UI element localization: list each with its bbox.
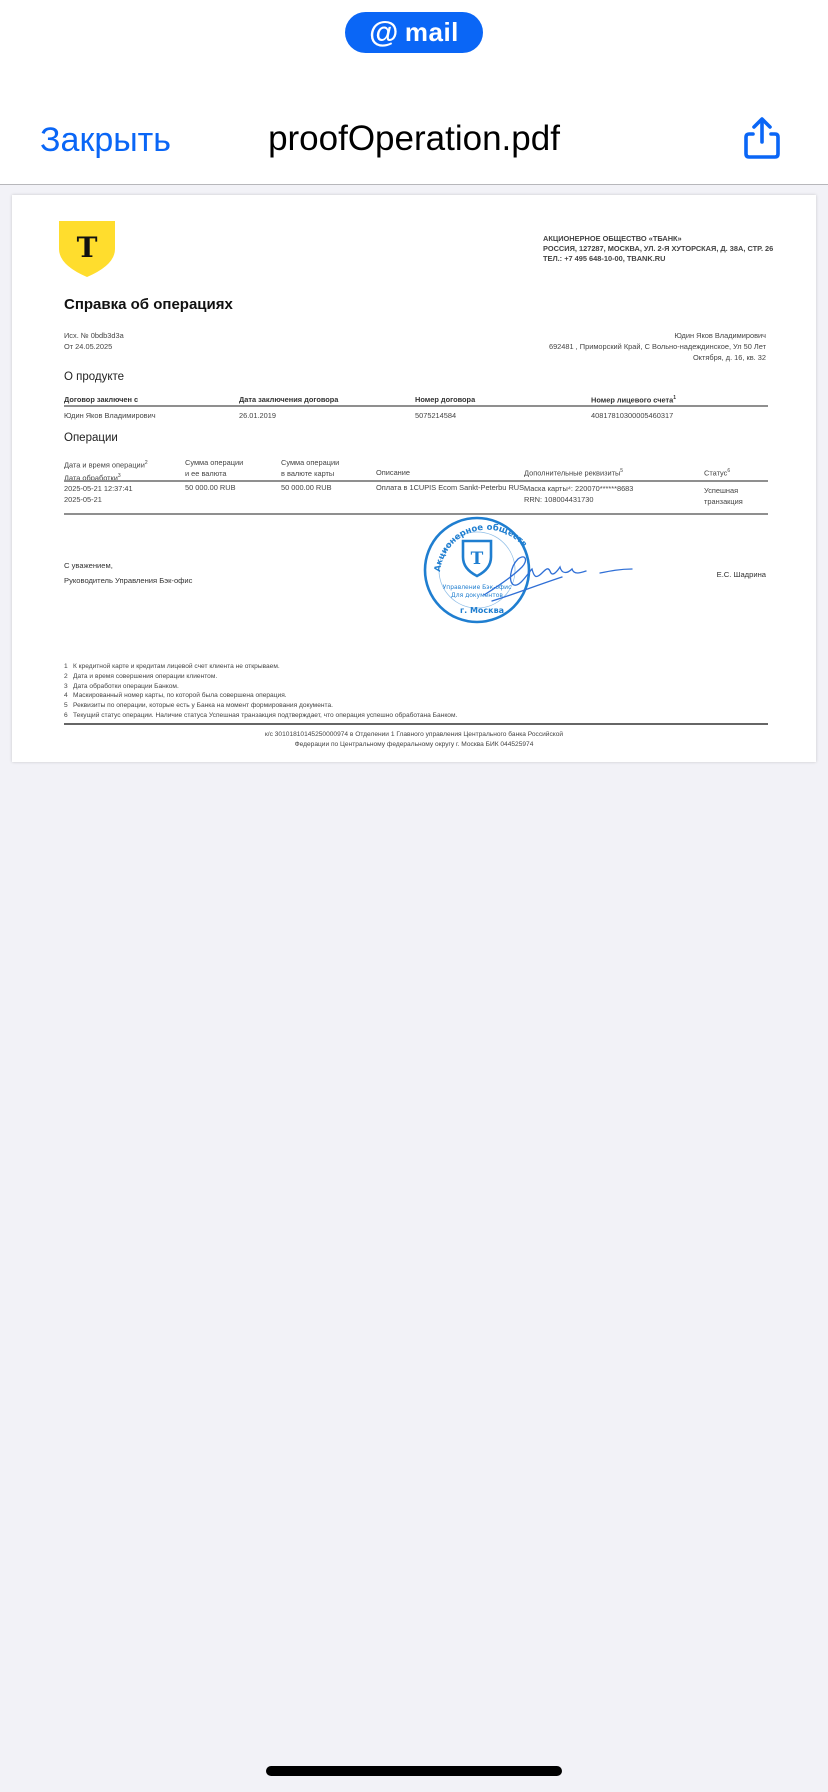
ops-cell-datetime: 2025-05-21 12:37:41 2025-05-21	[64, 483, 133, 505]
footnote-number: 3	[64, 682, 73, 692]
header-line: Сумма операции	[281, 458, 339, 469]
product-cell-account: 40817810300005460317	[591, 411, 673, 420]
product-cell-client: Юдин Яков Владимирович	[64, 411, 156, 420]
product-section-heading: О продукте	[64, 371, 124, 383]
document-heading: Справка об операциях	[64, 296, 233, 313]
footnote-item: 1К кредитной карте и кредитам лицевой сч…	[64, 662, 457, 672]
card-mask: Маска карты⁴: 220070******8683	[524, 483, 633, 494]
footnote-text: Маскированный номер карты, по которой бы…	[73, 692, 287, 699]
header-line: Дата и время операции2	[64, 458, 148, 471]
ops-cell-amount: 50 000.00 RUB	[185, 483, 236, 492]
bank-details-line-2: Федерации по Центральному федеральному о…	[12, 740, 816, 750]
document-content: Т АКЦИОНЕРНОЕ ОБЩЕСТВО «ТБАНК» РОССИЯ, 1…	[12, 195, 816, 762]
footnote-item: 6Текущий статус операции. Наличие статус…	[64, 711, 457, 721]
ops-cell-status: Успешная транзакция	[704, 485, 743, 507]
company-info: АКЦИОНЕРНОЕ ОБЩЕСТВО «ТБАНК» РОССИЯ, 127…	[543, 234, 773, 264]
header-text: Дополнительные реквизиты	[524, 468, 620, 477]
header-line: Дата обработки3	[64, 471, 148, 484]
operations-section-heading: Операции	[64, 432, 118, 444]
header-line: и ее валюта	[185, 469, 243, 480]
product-header-contract-with: Договор заключен с	[64, 395, 138, 404]
home-indicator[interactable]	[266, 1766, 562, 1776]
share-button[interactable]	[738, 112, 786, 164]
company-address: РОССИЯ, 127287, МОСКВА, УЛ. 2-Я ХУТОРСКА…	[543, 244, 773, 254]
reference-date: От 24.05.2025	[64, 341, 124, 352]
bank-details: к/с 30101810145250000974 в Отделении 1 Г…	[12, 730, 816, 750]
ops-header-amount: Сумма операции и ее валюта	[185, 458, 243, 479]
stamp-inner-line-2: Для документов	[451, 592, 503, 599]
stamp-inner-line-1: Управление Бэк-офис	[443, 584, 512, 591]
top-bar: @ mail Закрыть proofOperation.pdf	[0, 0, 828, 185]
signer-position: Руководитель Управления Бэк-офис	[64, 573, 192, 588]
footer-rule	[64, 723, 768, 725]
footnote-number: 6	[64, 711, 73, 721]
mail-label: mail	[405, 17, 459, 48]
footnote-text: Дата и время совершения операции клиенто…	[73, 673, 217, 680]
company-name: АКЦИОНЕРНОЕ ОБЩЕСТВО «ТБАНК»	[543, 234, 773, 244]
closing-regards: С уважением,	[64, 558, 192, 573]
recipient-address-2: Октября, д. 16, кв. 32	[549, 352, 766, 363]
stamp-icon: T Акционерное общество «ТБанк» Управлени…	[422, 515, 642, 625]
mail-app-badge[interactable]: @ mail	[345, 12, 483, 53]
footnote-number: 1	[64, 662, 73, 672]
status-line: Успешная	[704, 485, 743, 496]
logo-letter: Т	[77, 231, 98, 264]
footnote-number: 5	[64, 701, 73, 711]
signer-name: Е.С. Шадрина	[717, 570, 766, 579]
footnote-number: 4	[64, 691, 73, 701]
header-text: Дата и время операции	[64, 460, 145, 469]
svg-text:T: T	[471, 549, 484, 569]
footnote-ref: 1	[673, 395, 676, 401]
footnote-item: 2Дата и время совершения операции клиент…	[64, 672, 457, 682]
footnote-ref: 5	[620, 468, 623, 474]
bank-details-line-1: к/с 30101810145250000974 в Отделении 1 Г…	[12, 730, 816, 740]
footnote-item: 3Дата обработки операции Банком.	[64, 682, 457, 692]
share-icon	[738, 112, 786, 164]
at-icon: @	[369, 18, 399, 48]
recipient-address-1: 692481 , Приморский Край, С Вольно-надеж…	[549, 341, 766, 352]
processing-date: 2025-05-21	[64, 494, 133, 505]
ops-header-description: Описание	[376, 468, 410, 477]
footnote-ref: 6	[727, 468, 730, 474]
recipient-name: Юдин Яков Владимирович	[549, 330, 766, 341]
stamp-city: г. Москва	[460, 606, 504, 615]
tbank-logo-icon: Т	[59, 221, 115, 277]
header-text: Номер лицевого счета	[591, 395, 673, 404]
reference-number: Исх. № 0bdb3d3a	[64, 330, 124, 341]
footnote-ref: 3	[118, 473, 121, 479]
product-header-rule	[64, 405, 768, 407]
product-header-account-number: Номер лицевого счета1	[591, 395, 676, 404]
pdf-page[interactable]: Т АКЦИОНЕРНОЕ ОБЩЕСТВО «ТБАНК» РОССИЯ, 1…	[12, 195, 816, 762]
footnote-item: 5Реквизиты по операции, которые есть у Б…	[64, 701, 457, 711]
company-contacts: ТЕЛ.: +7 495 648-10-00, TBANK.RU	[543, 254, 773, 264]
footnote-text: Дата обработки операции Банком.	[73, 683, 179, 690]
product-cell-date: 26.01.2019	[239, 411, 276, 420]
footnote-number: 2	[64, 672, 73, 682]
ops-cell-description: Оплата в 1CUPIS Ecom Sankt-Peterbu RUS	[376, 483, 524, 492]
header-line: Сумма операции	[185, 458, 243, 469]
ops-cell-extra: Маска карты⁴: 220070******8683 RRN: 1080…	[524, 483, 633, 505]
closing-block: С уважением, Руководитель Управления Бэк…	[64, 558, 192, 588]
product-cell-contract: 5075214584	[415, 411, 456, 420]
status-line: транзакция	[704, 496, 743, 507]
document-title: proofOperation.pdf	[0, 116, 828, 162]
footnotes-list: 1К кредитной карте и кредитам лицевой сч…	[64, 662, 457, 721]
ops-bottom-rule	[64, 513, 768, 515]
ops-header-rule	[64, 480, 768, 482]
recipient-block: Юдин Яков Владимирович 692481 , Приморск…	[549, 330, 766, 363]
footnote-text: Реквизиты по операции, которые есть у Ба…	[73, 702, 333, 709]
header-line: в валюте карты	[281, 469, 339, 480]
product-header-contract-date: Дата заключения договора	[239, 395, 338, 404]
reference-block: Исх. № 0bdb3d3a От 24.05.2025	[64, 330, 124, 352]
footnote-item: 4Маскированный номер карты, по которой б…	[64, 691, 457, 701]
ops-header-extra: Дополнительные реквизиты5	[524, 468, 623, 477]
product-header-contract-number: Номер договора	[415, 395, 475, 404]
footnote-text: К кредитной карте и кредитам лицевой сче…	[73, 663, 280, 670]
rrn: RRN: 108004431730	[524, 494, 633, 505]
footnote-ref: 2	[145, 460, 148, 466]
ops-header-status: Статус6	[704, 468, 730, 477]
ops-header-card-amount: Сумма операции в валюте карты	[281, 458, 339, 479]
header-text: Статус	[704, 468, 727, 477]
ops-cell-card-amount: 50 000.00 RUB	[281, 483, 332, 492]
operation-datetime: 2025-05-21 12:37:41	[64, 483, 133, 494]
footnote-text: Текущий статус операции. Наличие статуса…	[73, 712, 457, 719]
